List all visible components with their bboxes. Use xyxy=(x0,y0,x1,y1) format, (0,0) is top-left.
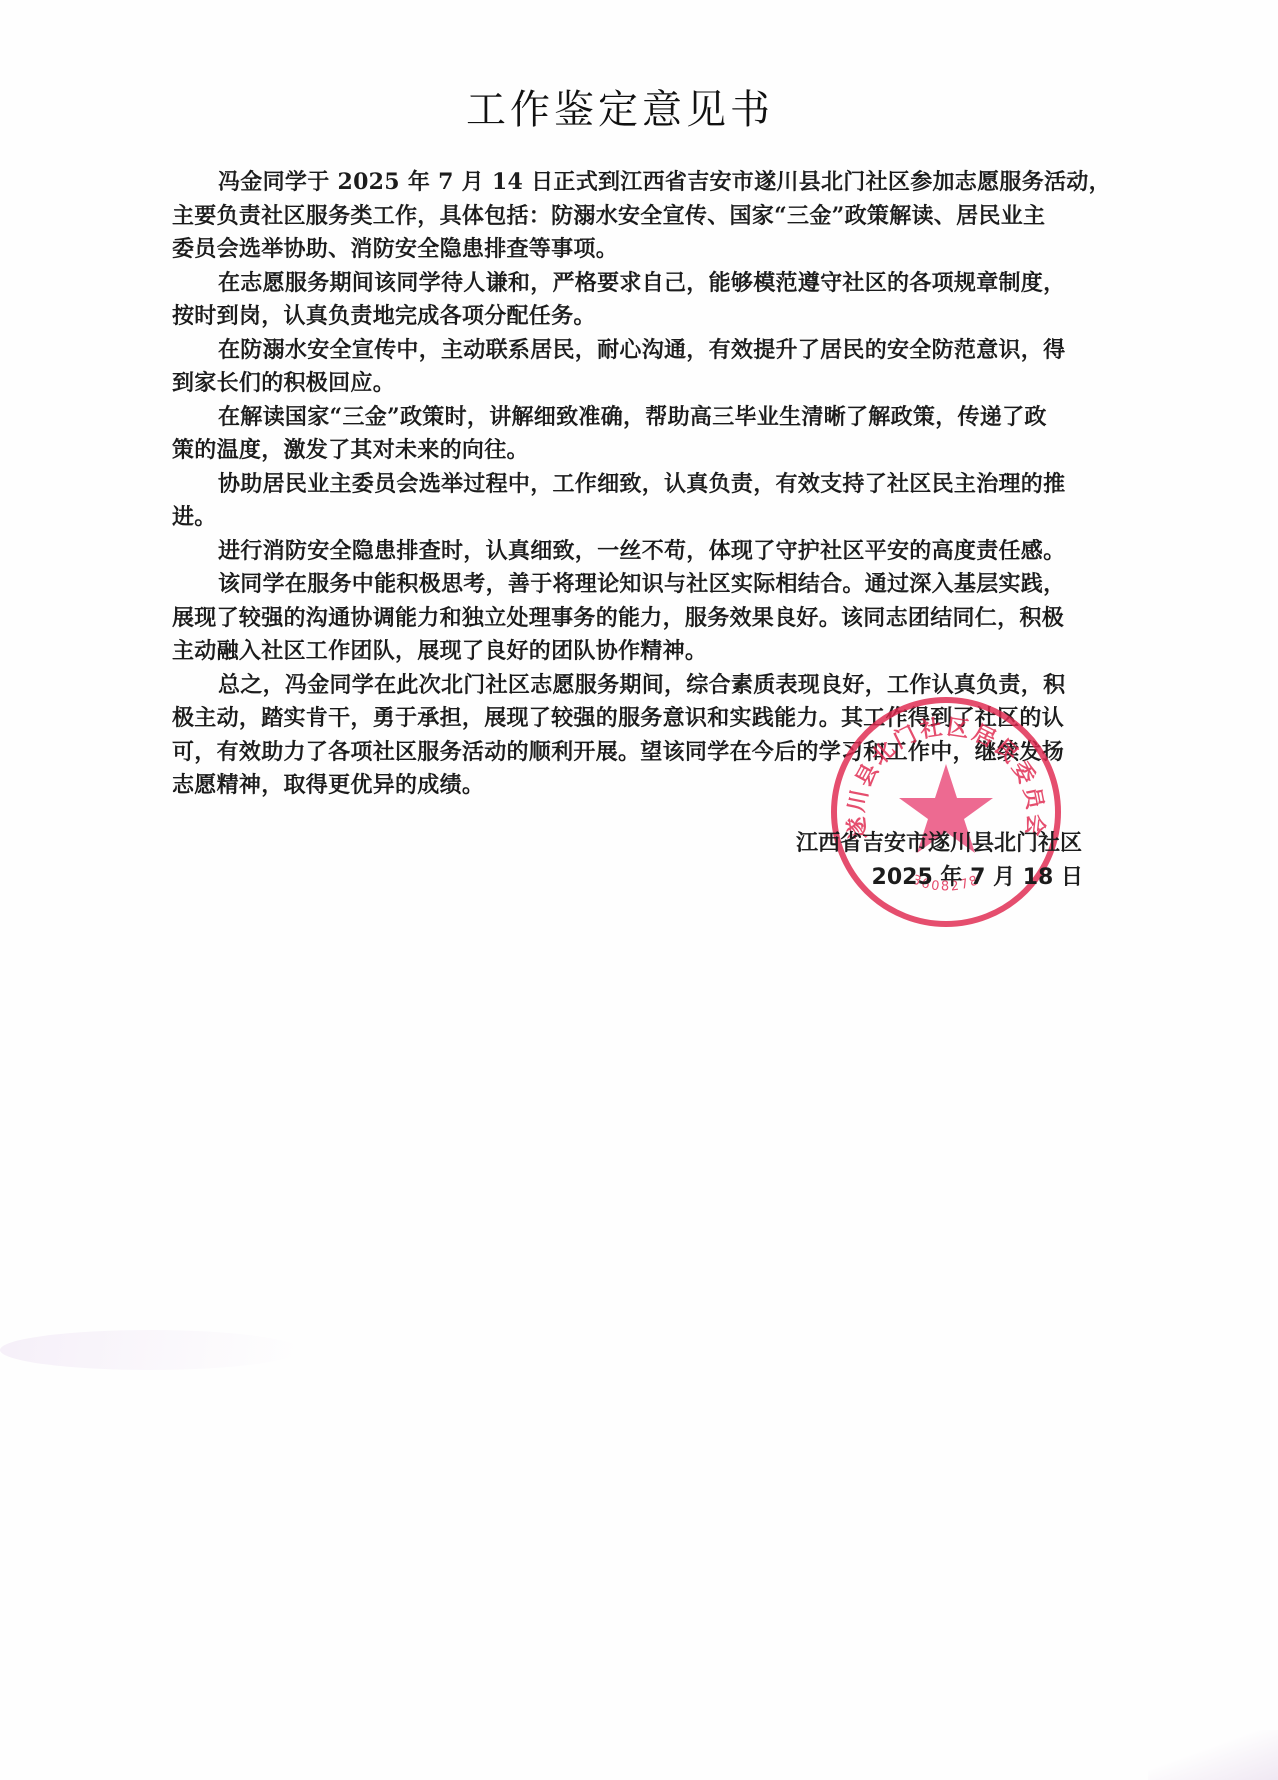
body-line: 展现了较强的沟通协调能力和独立处理事务的能力，服务效果良好。该同志团结同仁，积极 xyxy=(172,602,1086,636)
body-line: 进行消防安全隐患排查时，认真细致，一丝不苟，体现了守护社区平安的高度责任感。 xyxy=(172,535,1086,569)
body-line: 策的温度，激发了其对未来的向往。 xyxy=(172,434,1086,468)
body-line: 总之，冯金同学在此次北门社区志愿服务期间，综合素质表现良好，工作认真负责，积 xyxy=(172,669,1086,703)
signature-organization: 江西省吉安市遂川县北门社区 xyxy=(796,826,1082,857)
scan-artifact xyxy=(1148,1730,1278,1780)
body-line: 可，有效助力了各项社区服务活动的顺利开展。望该同学在今后的学习和工作中，继续发扬 xyxy=(172,736,1086,770)
body-line: 主要负责社区服务类工作，具体包括：防溺水安全宣传、国家“三金”政策解读、居民业主 xyxy=(172,200,1086,234)
scanned-document-page: 工作鉴定意见书 冯金同学于 2025 年 7 月 14 日正式到江西省吉安市遂川… xyxy=(0,0,1278,1780)
body-line: 主动融入社区工作团队，展现了良好的团队协作精神。 xyxy=(172,635,1086,669)
document-body: 冯金同学于 2025 年 7 月 14 日正式到江西省吉安市遂川县北门社区参加志… xyxy=(172,166,1086,803)
signature-date: 2025 年 7 月 18 日 xyxy=(872,860,1083,891)
body-line: 到家长们的积极回应。 xyxy=(172,367,1086,401)
document-title: 工作鉴定意见书 xyxy=(0,78,1240,135)
body-line: 志愿精神，取得更优异的成绩。 xyxy=(172,769,1086,803)
scan-artifact xyxy=(0,1330,300,1370)
body-line: 按时到岗，认真负责地完成各项分配任务。 xyxy=(172,300,1086,334)
body-line: 协助居民业主委员会选举过程中，工作细致，认真负责，有效支持了社区民主治理的推 xyxy=(172,468,1086,502)
body-line: 在志愿服务期间该同学待人谦和，严格要求自己，能够模范遵守社区的各项规章制度， xyxy=(172,267,1086,301)
body-line: 极主动，踏实肯干，勇于承担，展现了较强的服务意识和实践能力。其工作得到了社区的认 xyxy=(172,702,1086,736)
body-line: 进。 xyxy=(172,501,1086,535)
body-line: 该同学在服务中能积极思考，善于将理论知识与社区实际相结合。通过深入基层实践， xyxy=(172,568,1086,602)
body-line: 委员会选举协助、消防安全隐患排查等事项。 xyxy=(172,233,1086,267)
body-line: 冯金同学于 2025 年 7 月 14 日正式到江西省吉安市遂川县北门社区参加志… xyxy=(172,166,1086,200)
body-line: 在防溺水安全宣传中，主动联系居民，耐心沟通，有效提升了居民的安全防范意识，得 xyxy=(172,334,1086,368)
body-line: 在解读国家“三金”政策时，讲解细致准确，帮助高三毕业生清晰了解政策，传递了政 xyxy=(172,401,1086,435)
